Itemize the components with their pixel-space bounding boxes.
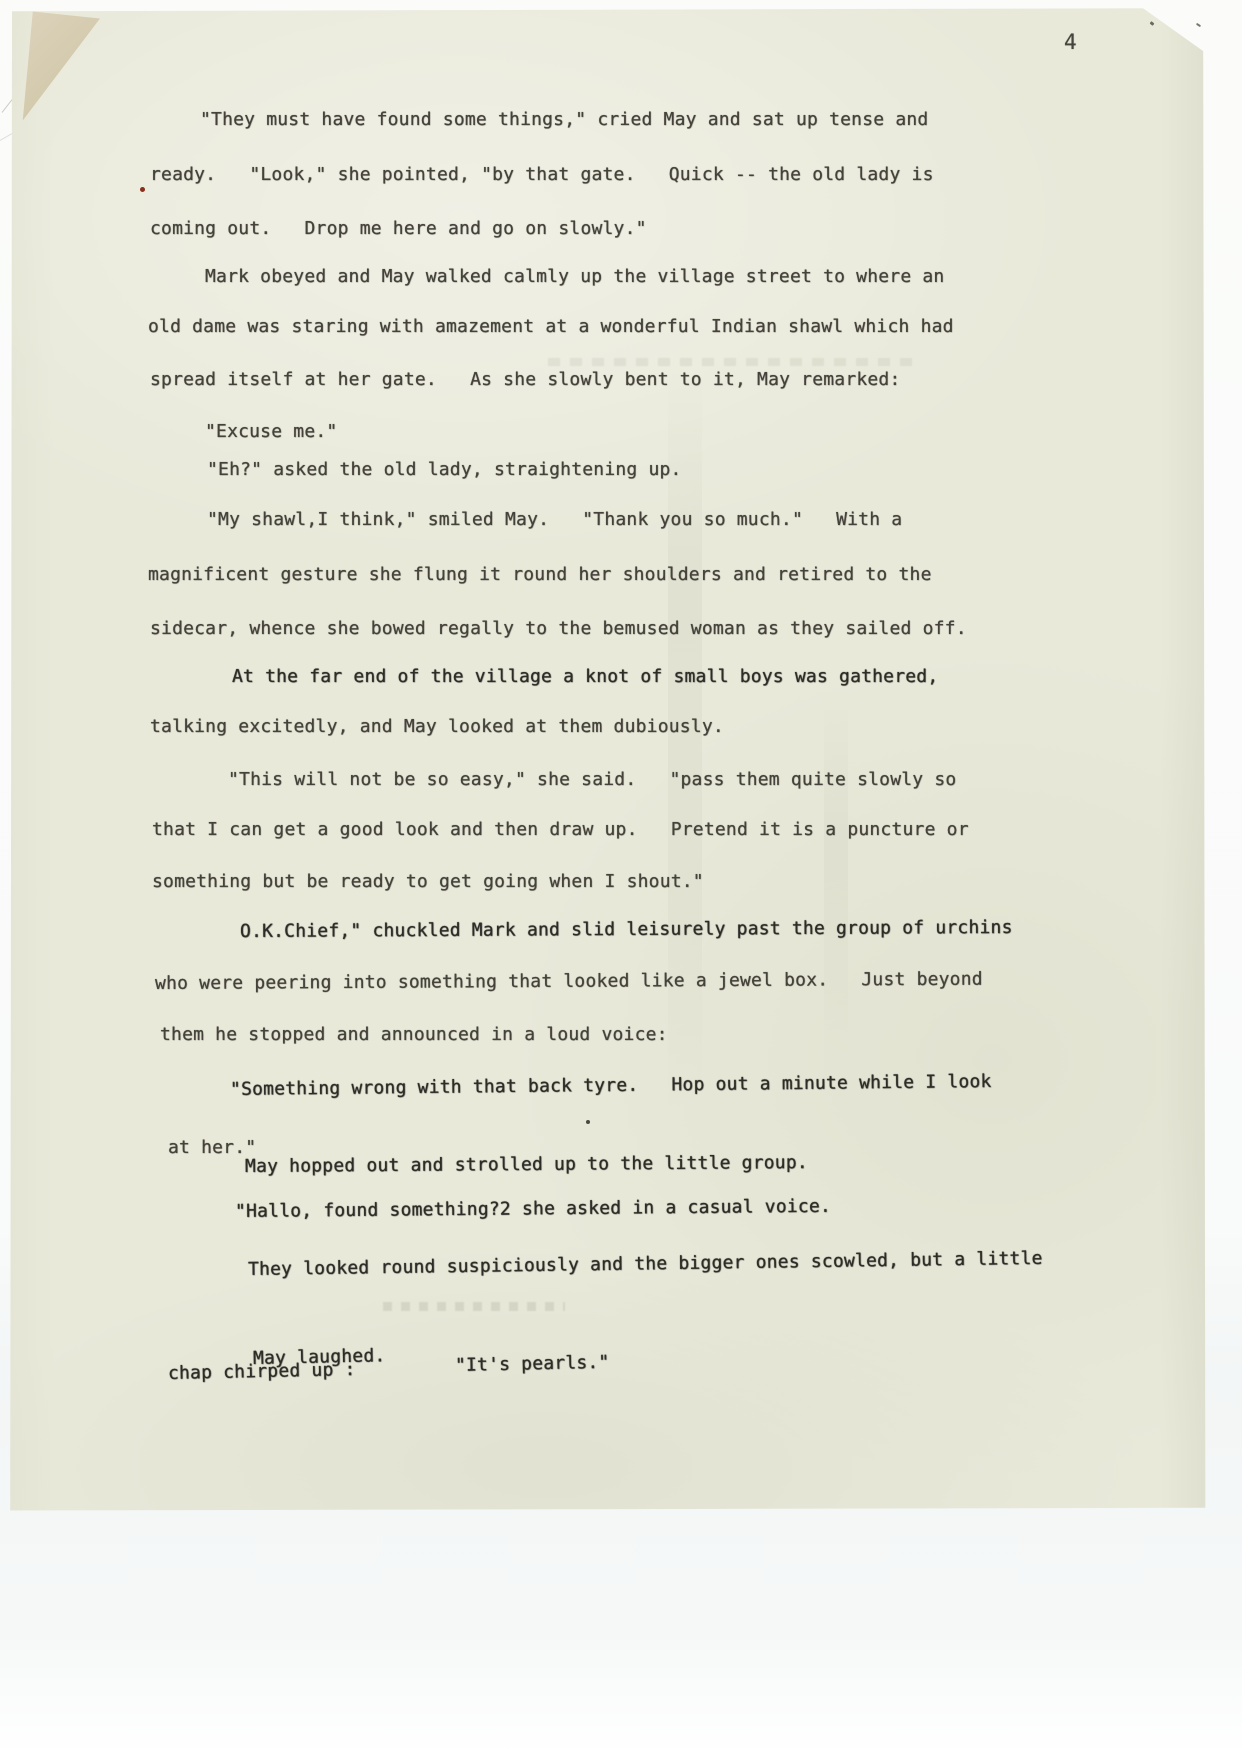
ink-speck <box>1196 23 1201 28</box>
erased-text-smudge <box>383 1302 565 1311</box>
ink-speck <box>140 187 145 192</box>
scanned-page-background: 4 "They must have found some things," cr… <box>0 0 1242 1755</box>
typewritten-sheet <box>6 6 1208 1512</box>
erased-text-smudge <box>548 358 913 366</box>
ink-speck <box>586 1120 590 1124</box>
